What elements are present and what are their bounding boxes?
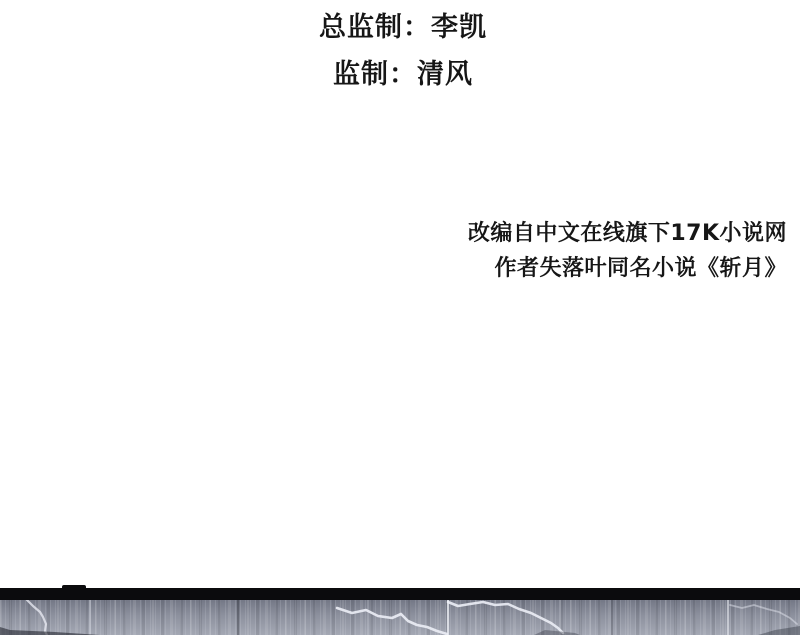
lightning-bolt-right bbox=[730, 605, 797, 624]
lightning-bolt-main-2 bbox=[448, 602, 563, 633]
lightning-bolt-main bbox=[337, 608, 447, 634]
panel-border-bump bbox=[62, 585, 86, 590]
lightning-bolt-left bbox=[27, 600, 47, 635]
dark-silhouette-left bbox=[0, 627, 100, 635]
dark-silhouette-right bbox=[758, 626, 800, 635]
chief-producer-credit: 总监制：李凯 bbox=[0, 4, 800, 51]
producer-credit: 监制：清风 bbox=[0, 51, 800, 98]
panel-border-bar bbox=[0, 588, 800, 600]
credits-block: 总监制：李凯 监制：清风 bbox=[0, 4, 800, 98]
dark-silhouette-mid bbox=[534, 630, 580, 635]
rain-sky bbox=[0, 600, 800, 635]
storm-panel-strip bbox=[0, 588, 800, 635]
adaptation-source-line: 改编自中文在线旗下17K小说网 bbox=[468, 216, 787, 251]
lightning-icon bbox=[0, 600, 800, 635]
comic-credits-page: 总监制：李凯 监制：清风 改编自中文在线旗下17K小说网 作者失落叶同名小说《斩… bbox=[0, 0, 800, 635]
adaptation-author-line: 作者失落叶同名小说《斩月》 bbox=[468, 251, 787, 286]
adaptation-note: 改编自中文在线旗下17K小说网 作者失落叶同名小说《斩月》 bbox=[468, 216, 787, 286]
